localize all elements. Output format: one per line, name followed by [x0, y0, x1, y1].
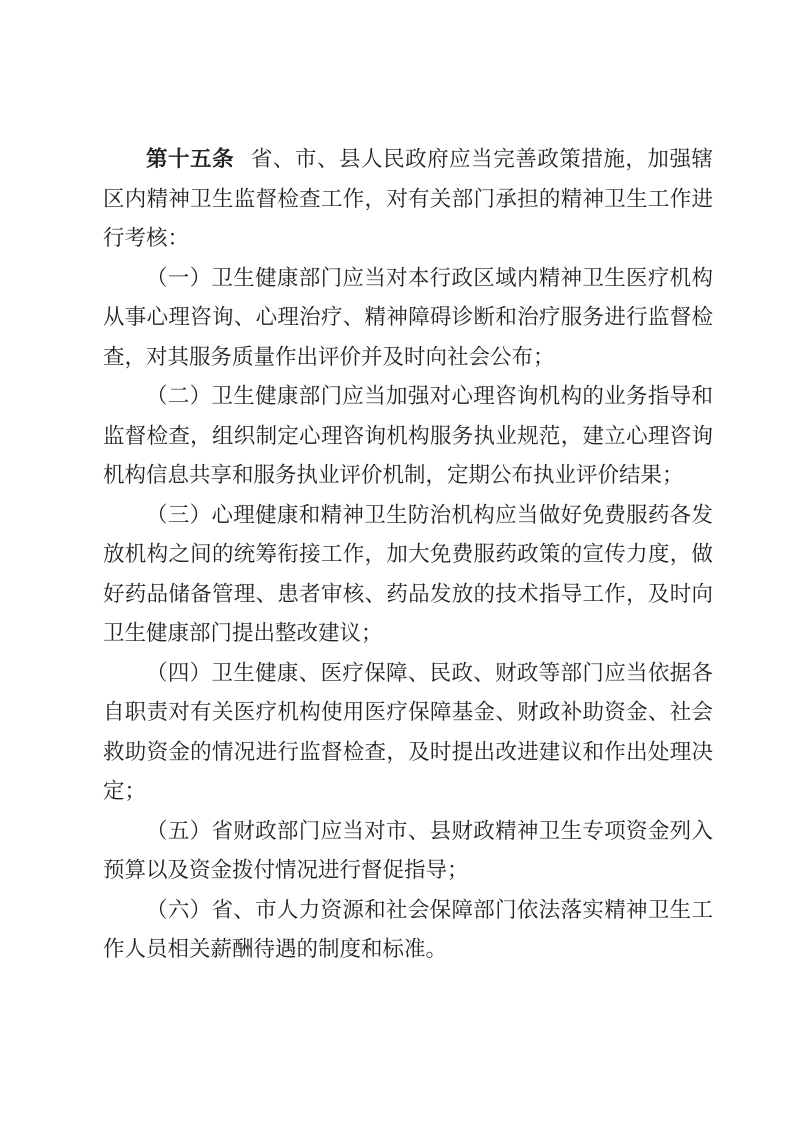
clause-label-4: （四）	[146, 661, 211, 685]
clause-paragraph-4: （四）卫生健康、医疗保障、民政、财政等部门应当依据各自职责对有关医疗机构使用医疗…	[103, 654, 713, 812]
article-number-label: 第十五条	[146, 147, 234, 171]
clause-paragraph-1: （一）卫生健康部门应当对本行政区域内精神卫生医疗机构从事心理咨询、心理治疗、精神…	[103, 259, 713, 378]
clause-paragraph-5: （五）省财政部门应当对市、县财政精神卫生专项资金列入预算以及资金拨付情况进行督促…	[103, 812, 713, 891]
clause-label-3: （三）	[146, 503, 211, 527]
document-page: 第十五条省、市、县人民政府应当完善政策措施，加强辖区内精神卫生监督检查工作，对有…	[0, 0, 793, 1122]
clause-paragraph-2: （二）卫生健康部门应当加强对心理咨询机构的业务指导和监督检查，组织制定心理咨询机…	[103, 377, 713, 496]
clause-label-6: （六）	[146, 898, 211, 922]
clause-label-5: （五）	[146, 819, 211, 843]
article-heading-paragraph: 第十五条省、市、县人民政府应当完善政策措施，加强辖区内精神卫生监督检查工作，对有…	[103, 140, 713, 259]
article-text-block: 第十五条省、市、县人民政府应当完善政策措施，加强辖区内精神卫生监督检查工作，对有…	[103, 140, 713, 970]
clause-paragraph-3: （三）心理健康和精神卫生防治机构应当做好免费服药各发放机构之间的统筹衔接工作，加…	[103, 496, 713, 654]
clause-label-2: （二）	[146, 384, 211, 408]
clause-label-1: （一）	[146, 266, 211, 290]
clause-paragraph-6: （六）省、市人力资源和社会保障部门依法落实精神卫生工作人员相关薪酬待遇的制度和标…	[103, 891, 713, 970]
